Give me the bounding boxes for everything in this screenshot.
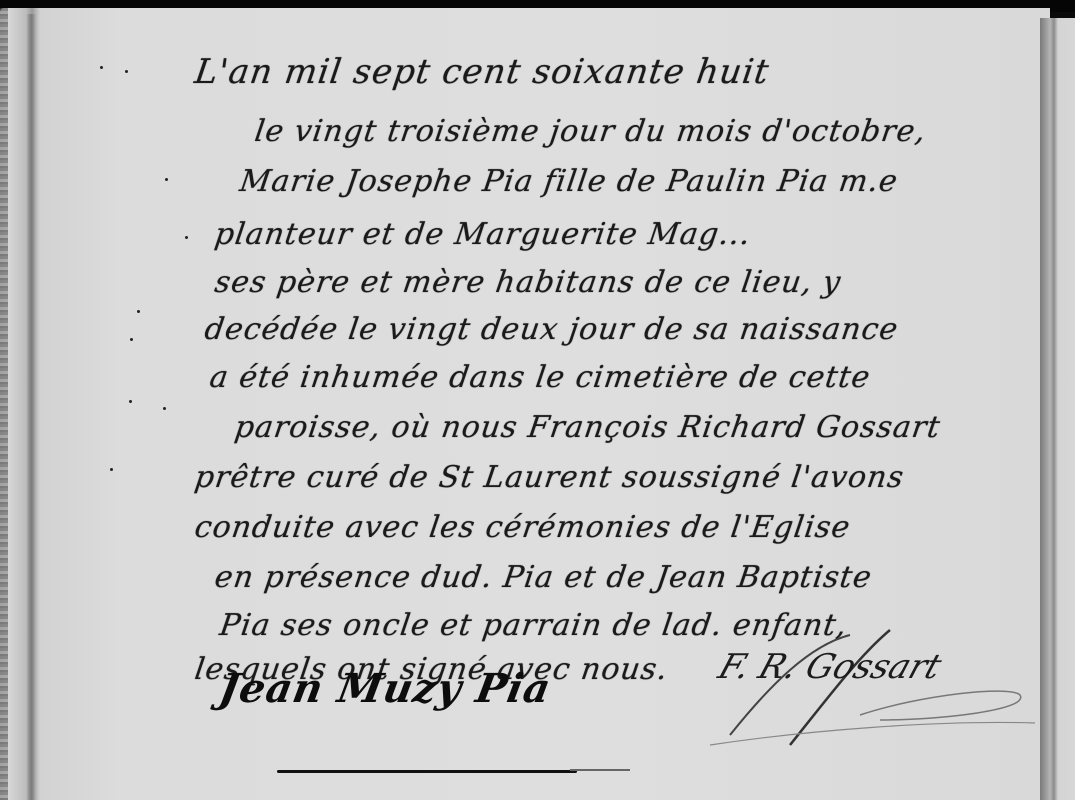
entry-line-9: prêtre curé de St Laurent soussigné l'av… <box>193 460 907 495</box>
entry-line-11: en présence dud. Pia et de Jean Baptiste <box>213 560 875 595</box>
signature-area: Jean Muzy Pia F. R. Gossart <box>200 665 1050 785</box>
ink-speck <box>110 468 113 471</box>
entry-line-10: conduite avec les cérémonies de l'Eglise <box>193 510 853 545</box>
ink-speck <box>125 70 128 73</box>
signature-flourish-icon <box>690 625 1050 755</box>
entry-line-6: decédée le vingt deux jour de sa naissan… <box>203 312 901 347</box>
closing-rule-faint <box>570 769 630 771</box>
ink-speck <box>163 407 166 410</box>
ink-speck <box>100 66 103 69</box>
binding-edge <box>0 8 8 800</box>
entry-line-8: paroisse, où nous François Richard Gossa… <box>233 410 943 445</box>
entry-line-5: ses père et mère habitans de ce lieu, y <box>213 265 844 300</box>
entry-line-2: le vingt troisième jour du mois d'octobr… <box>253 114 929 149</box>
scanned-register-page: L'an mil sept cent soixante huit le ving… <box>0 0 1075 800</box>
entry-line-4: planteur et de Marguerite Mag... <box>213 217 754 252</box>
binding-fold-shadow <box>26 14 36 800</box>
entry-line-1: L'an mil sept cent soixante huit <box>192 52 772 92</box>
ink-speck <box>165 178 168 181</box>
entry-line-7: a été inhumée dans le cimetière de cette <box>208 360 873 395</box>
ink-speck <box>130 338 133 341</box>
ink-speck <box>137 310 140 313</box>
priest-signature: F. R. Gossart <box>714 647 947 687</box>
entry-line-3: Marie Josephe Pia fille de Paulin Pia m.… <box>238 164 901 199</box>
witness-signature: Jean Muzy Pia <box>216 665 555 712</box>
closing-rule <box>277 770 577 773</box>
ink-speck <box>185 236 188 239</box>
ink-speck <box>129 400 132 403</box>
